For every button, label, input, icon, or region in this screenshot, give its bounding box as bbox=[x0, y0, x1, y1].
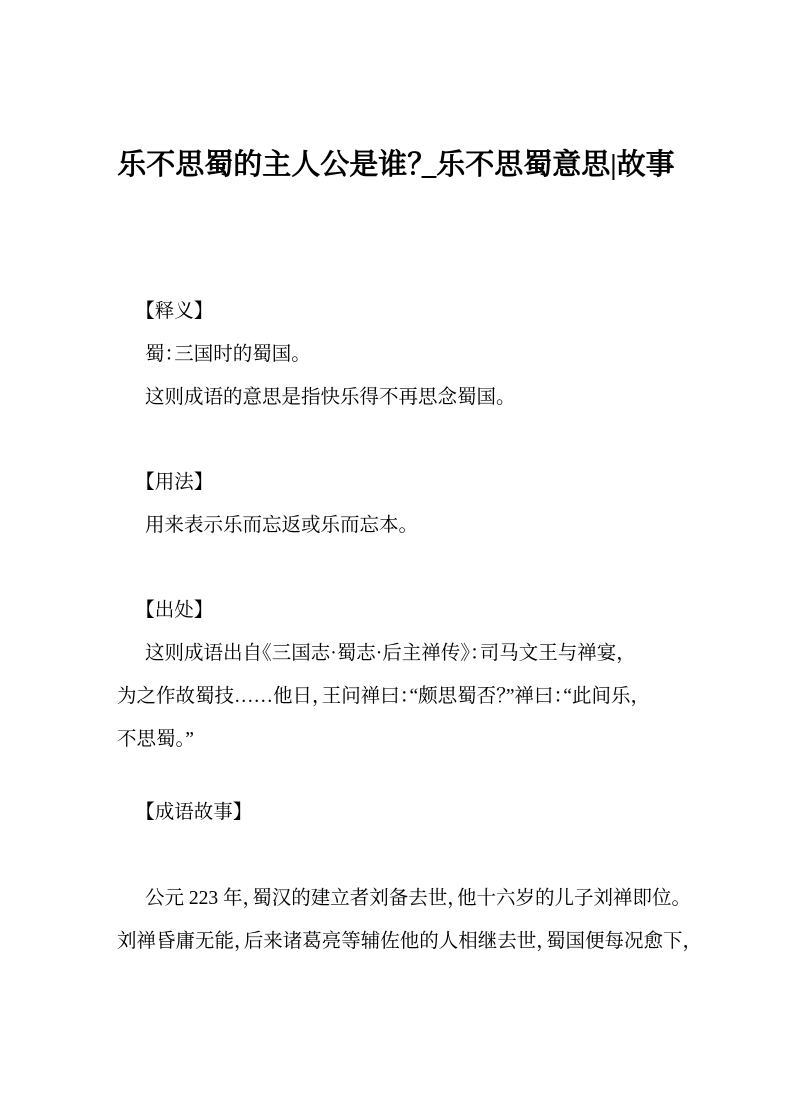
usage-line-1: 用来表示乐而忘返或乐而忘本。 bbox=[117, 504, 675, 547]
section-story: 【成语故事】 公元 223 年，蜀汉的建立者刘备去世，他十六岁的儿子刘禅即位。 … bbox=[117, 791, 675, 963]
document-title: 乐不思蜀的主人公是谁？_乐不思蜀意思|故事 bbox=[117, 138, 675, 193]
blank-line-spacer bbox=[117, 834, 675, 877]
definition-line-1: 蜀：三国时的蜀国。 bbox=[117, 333, 675, 376]
section-source: 【出处】 这则成语出自《三国志·蜀志·后主禅传》：司马文王与禅宴， 为之作故蜀技… bbox=[117, 589, 675, 761]
section-usage: 【用法】 用来表示乐而忘返或乐而忘本。 bbox=[117, 461, 675, 547]
section-usage-heading: 【用法】 bbox=[117, 461, 675, 504]
definition-line-2: 这则成语的意思是指快乐得不再思念蜀国。 bbox=[117, 376, 675, 419]
section-story-heading: 【成语故事】 bbox=[117, 791, 675, 834]
document-page: 乐不思蜀的主人公是谁？_乐不思蜀意思|故事 【释义】 蜀：三国时的蜀国。 这则成… bbox=[0, 0, 792, 1120]
source-line-1: 这则成语出自《三国志·蜀志·后主禅传》：司马文王与禅宴， bbox=[117, 632, 675, 675]
source-line-3: 不思蜀。” bbox=[117, 718, 675, 761]
story-line-2: 刘禅昏庸无能，后来诸葛亮等辅佐他的人相继去世，蜀国便每况愈下， bbox=[117, 920, 675, 963]
section-definition-heading: 【释义】 bbox=[117, 290, 675, 333]
section-definition: 【释义】 蜀：三国时的蜀国。 这则成语的意思是指快乐得不再思念蜀国。 bbox=[117, 290, 675, 419]
source-line-2: 为之作故蜀技……他日，王问禅曰：“颇思蜀否？”禅曰：“此间乐， bbox=[117, 675, 675, 718]
section-source-heading: 【出处】 bbox=[117, 589, 675, 632]
story-line-1: 公元 223 年，蜀汉的建立者刘备去世，他十六岁的儿子刘禅即位。 bbox=[117, 877, 675, 920]
